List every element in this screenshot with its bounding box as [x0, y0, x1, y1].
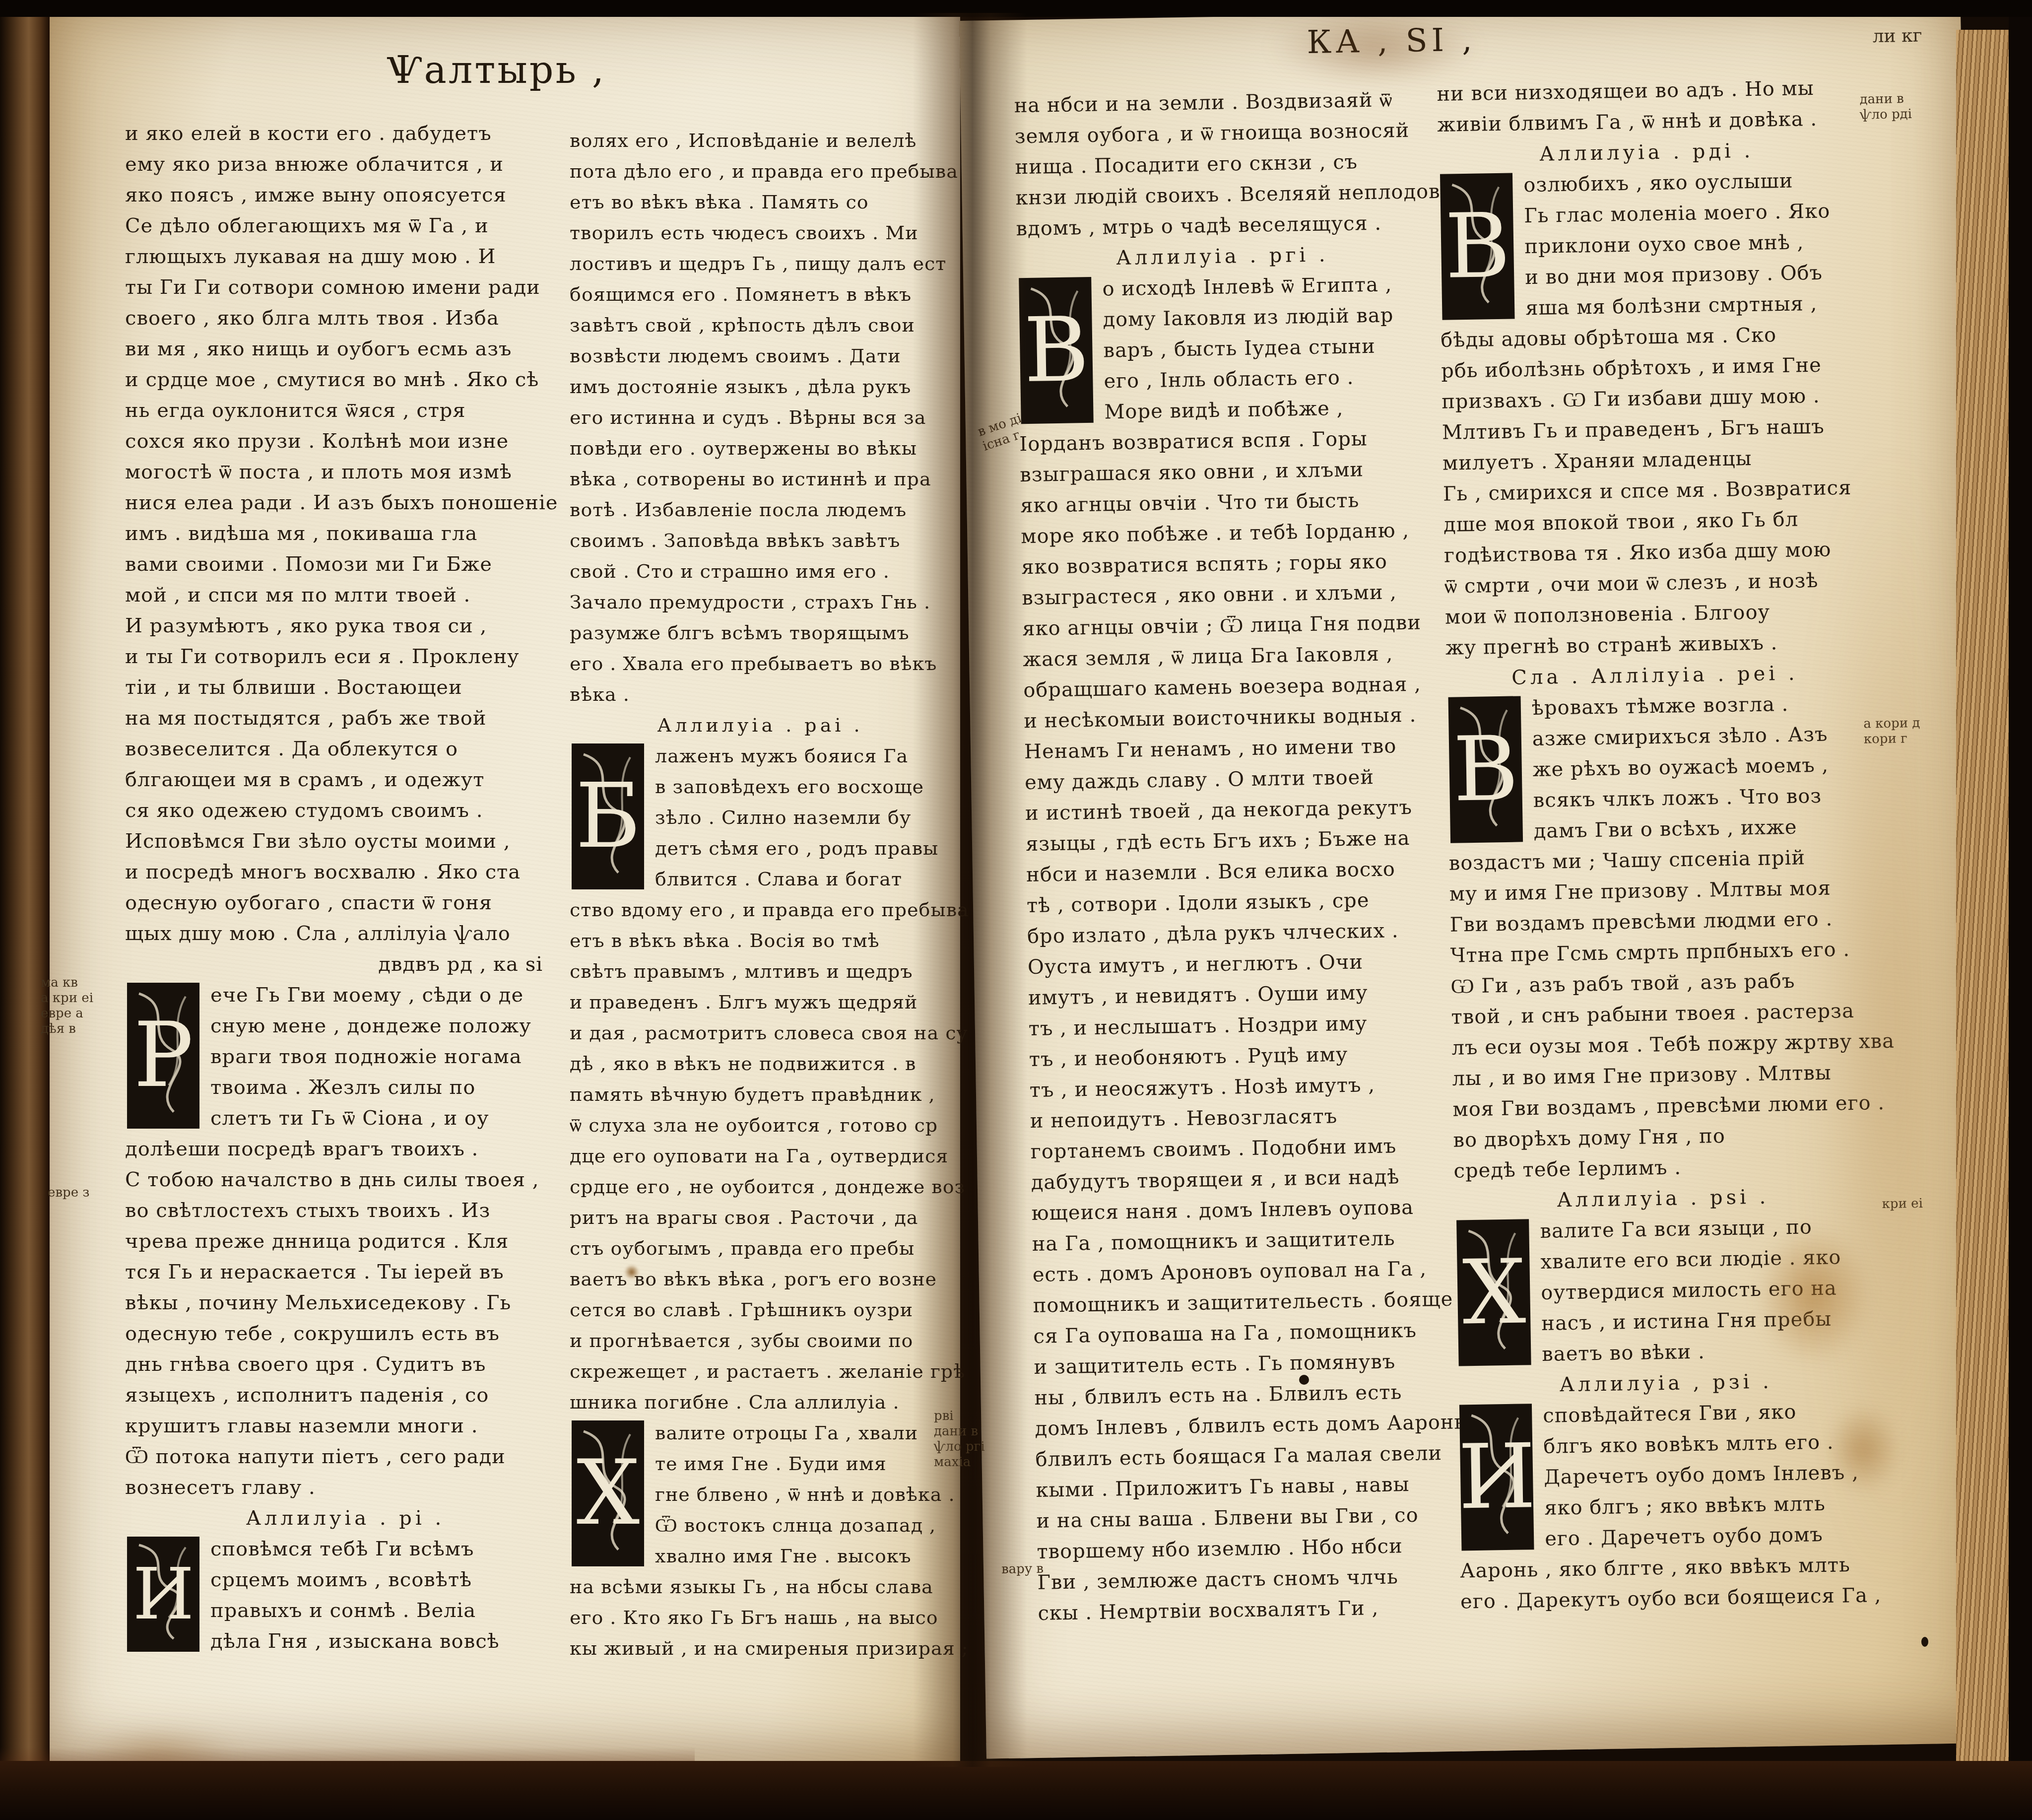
- svg-text:Б: Б: [576, 765, 642, 868]
- text-line: валите отроцы Га , хвали: [655, 1417, 955, 1448]
- text-line: и во дни моя призову . Объ: [1525, 257, 1858, 293]
- text-line: азже смирихъся зѣло . Азъ: [1532, 719, 1865, 755]
- svg-text:И: И: [1458, 1425, 1535, 1529]
- text-line: Гь глас моленіа моего . Яко: [1524, 196, 1857, 232]
- text-line: ѿ слуха зла не оубоится , готово ср: [570, 1110, 951, 1141]
- text-line: ваетъ во вѣкъ вѣка , рогъ его возне: [570, 1264, 951, 1294]
- text-line: свѣтъ правымъ , млтивъ и щедръ: [570, 956, 951, 987]
- initial-block: Возлюбихъ , яко оуслышиГь глас моленіа м…: [1438, 165, 1858, 325]
- text-line: яко поясъ , имже выну опоясуется: [125, 180, 566, 210]
- book-photo: Ѱалтырь , и яко елей в кости его . дабуд…: [0, 0, 2032, 1820]
- text-line: Зачало премудрости , страхъ Гнь .: [570, 587, 951, 617]
- ornate-initial: Б: [571, 742, 645, 890]
- text-line: сется во славѣ . Грѣшникъ оузри: [570, 1294, 951, 1325]
- text-line: валите Га вси языци , по: [1540, 1211, 1873, 1247]
- margin-note-line: рві: [934, 1409, 984, 1424]
- margin-note-corinthians: а кори дкори г: [1863, 716, 1920, 747]
- margin-note-hebrews: евре з: [48, 1185, 90, 1201]
- svg-text:В: В: [1452, 717, 1520, 821]
- psalm-heading: Аллилуіа . рі .: [125, 1503, 566, 1534]
- margin-note-line: дани в: [1859, 91, 1911, 108]
- text-line: нбси и наземли . Вся елика восхо: [1026, 853, 1439, 890]
- text-line: вѣкы , почину Мельхиседекову . Гь: [125, 1287, 566, 1318]
- text-line: ство вдому его , и правда его пребыва: [570, 894, 951, 925]
- text-line: земля оубога , и ѿ гноища возносяй: [1014, 115, 1427, 152]
- text-line: шника погибне . Сла аллилуіа .: [570, 1387, 951, 1417]
- initial-block: Вѣровахъ тѣмже возгла .азже смирихъся зѣ…: [1446, 688, 1866, 848]
- text-line: ваетъ во вѣки .: [1542, 1334, 1875, 1370]
- ornate-initial: Х: [571, 1419, 645, 1567]
- text-line: скы . Немртвіи восхвалятъ Ги ,: [1038, 1592, 1450, 1629]
- text-line: гне блвено , ѿ ннѣ и довѣка .: [655, 1479, 955, 1510]
- right-page: КА , ЅІ , ли кг на нбси и на земли . Воз…: [959, 5, 1988, 1758]
- text-line: ѿ смрти , очи мои ѿ слезъ , и нозѣ: [1444, 565, 1863, 602]
- text-line: и яко елей в кости его . дабудетъ: [125, 118, 566, 149]
- text-line: днь гнѣва своего цря . Судитъ въ: [125, 1349, 566, 1380]
- right-column-1: на нбси и на земли . Воздвизаяй ѿземля о…: [1014, 84, 1450, 1629]
- text-line: и срдце мое , смутися во мнѣ . Яко сѣ: [125, 364, 566, 395]
- text-line: во свѣтлостехъ стыхъ твоихъ . Из: [125, 1195, 566, 1226]
- text-line: своимъ . Заповѣда ввѣкъ завѣтъ: [570, 525, 951, 556]
- text-line: дце его оуповати на Га , оутвердися: [570, 1141, 951, 1171]
- text-line: чрева преже днница родится . Кля: [125, 1226, 566, 1257]
- text-line: на мя постыдятся , рабъ же твой: [125, 703, 566, 734]
- text-line: Исповѣмся Гви зѣло оусты моими ,: [125, 826, 566, 857]
- svg-text:Х: Х: [1462, 1240, 1527, 1345]
- text-line: кы живый , и на смиреныя призирая ;: [570, 1633, 951, 1664]
- text-line: живіи блвимъ Га , ѿ ннѣ и довѣка .: [1437, 103, 1855, 140]
- text-line: разумже блгъ всѣмъ творящымъ: [570, 617, 951, 648]
- text-line: ему яко риза внюже облачится , и: [125, 149, 566, 180]
- svg-text:В: В: [1444, 195, 1511, 299]
- text-line: Гви , землюже дастъ сномъ члчь: [1037, 1561, 1449, 1598]
- text-line: моя Гви воздамъ , превсѣми люми его .: [1452, 1087, 1871, 1125]
- psalm-heading: Аллилуіа . раі .: [570, 710, 951, 741]
- text-line: етъ во вѣкъ вѣка . Память со: [570, 187, 951, 217]
- text-line: могостѣ ѿ поста , и плоть моя измѣ: [125, 457, 566, 487]
- margin-note-line: махіа: [934, 1455, 984, 1470]
- ornate-initial: В: [1439, 172, 1516, 321]
- text-line: бро излато , дѣла рукъ члческих .: [1027, 915, 1440, 952]
- ornate-initial: И: [126, 1536, 200, 1653]
- text-line: и праведенъ . Блгъ мужъ щедряй: [570, 987, 951, 1017]
- text-line: глющыхъ лукавая на дшу мою . И: [125, 241, 566, 272]
- text-line: слетъ ти Гь ѿ Сіона , и оу: [210, 1103, 566, 1134]
- text-line: творилъ есть чюдесъ своихъ . Ми: [570, 217, 951, 248]
- text-line: срцемъ моимъ , всовѣтѣ: [210, 1564, 566, 1595]
- text-line: имъ достояніе языкъ , дѣла рукъ: [570, 371, 951, 402]
- text-line: дамъ Гви о всѣхъ , ихже: [1533, 810, 1866, 847]
- text-line: И разумѣютъ , яко рука твоя си ,: [125, 610, 566, 641]
- text-line: стъ оубогымъ , правда его пребы: [570, 1233, 951, 1264]
- kathisma-header: КА , ЅІ ,: [1307, 22, 1476, 61]
- photo-top-edge: [0, 0, 2032, 17]
- text-line: дѣла Гня , изыскана вовсѣ: [210, 1626, 566, 1657]
- initial-block: Блаженъ мужъ бояися Гав заповѣдехъ его в…: [570, 741, 951, 894]
- ornate-initial: В: [1018, 276, 1095, 425]
- text-line: яко блгъ ; яко ввѣкъ млть: [1544, 1487, 1877, 1524]
- text-line: всякъ члкъ ложъ . Что воз: [1533, 780, 1866, 816]
- text-line: вознесетъ главу .: [125, 1472, 566, 1503]
- left-column-1: и яко елей в кости его . дабудетъему яко…: [125, 118, 566, 1657]
- text-line: Чтна пре Гсмь смрть прпбныхъ его .: [1450, 934, 1868, 971]
- text-line: озлюбихъ , яко оуслыши: [1523, 165, 1856, 201]
- photo-edge: [2009, 0, 2032, 1820]
- text-line: вотѣ . Избавленіе посла людемъ: [570, 494, 951, 525]
- svg-text:В: В: [1023, 298, 1091, 403]
- text-line: его . Дарекутъ оубо вси боящеися Га ,: [1460, 1580, 1879, 1617]
- text-line: блгъ яко вовѣкъ млть его .: [1543, 1426, 1876, 1462]
- margin-note-romans: кри еі: [1882, 1196, 1923, 1212]
- book-spine-binding: [0, 0, 50, 1820]
- text-line: варъ , бысть Іудеа стыни: [1103, 330, 1430, 366]
- text-line: и дая , расмотритъ словеса своя на су: [570, 1017, 951, 1048]
- margin-note-line: ѱло ргі: [934, 1439, 984, 1455]
- text-line: языцехъ , исполнитъ паденія , со: [125, 1380, 566, 1411]
- text-line: хвалите его вси людіе . яко: [1540, 1241, 1873, 1278]
- text-line: возвѣсти людемъ своимъ . Дати: [570, 340, 951, 371]
- text-line: яша мя болѣзни смртныя ,: [1525, 288, 1858, 324]
- text-line: двдвъ рд , ка ѕі: [125, 949, 566, 980]
- running-head-psalter: Ѱалтырь ,: [213, 48, 779, 92]
- ornate-initial: В: [1447, 695, 1524, 844]
- text-line: и посредѣ многъ восхвалю . Яко ста: [125, 857, 566, 887]
- margin-note-gutter-left: рвідани вѱло ргімахіа: [934, 1409, 984, 1470]
- text-line: Гь , смирихся и спсе мя . Возвратися: [1443, 472, 1861, 510]
- text-line: лостивъ и щедръ Гь , пищу далъ ест: [570, 248, 951, 279]
- text-line: вѣка , сотворены во истиннѣ и пра: [570, 464, 951, 494]
- text-line: крушитъ главы наземли многи .: [125, 1411, 566, 1441]
- text-line: нися елеа ради . И азъ быхъ поношеніе: [125, 487, 566, 518]
- text-line: те имя Гне . Буди имя: [655, 1448, 955, 1479]
- text-line: завѣтъ свой , крѣпость дѣлъ свои: [570, 310, 951, 340]
- margin-note-line: ма кв: [41, 975, 93, 991]
- text-line: долѣеши посредѣ врагъ твоихъ .: [125, 1134, 566, 1164]
- text-line: вами своими . Помози ми Ги Бже: [125, 549, 566, 580]
- text-line: вдомъ , мтрь о чадѣ веселящуся .: [1016, 207, 1428, 244]
- text-line: срдце его , не оубоится , дондеже воз: [570, 1171, 951, 1202]
- text-line: волях его , Исповѣданіе и велелѣ: [570, 125, 951, 156]
- text-line: скрежещет , и растаетъ . желаніе грѣ: [570, 1356, 951, 1387]
- text-line: сповѣдайтеся Гви , яко: [1543, 1395, 1876, 1431]
- ornate-initial: И: [1458, 1403, 1535, 1551]
- photo-bottom-edge: [0, 1761, 2032, 1820]
- text-line: Море видѣ и побѣже ,: [1104, 392, 1431, 427]
- text-line: ѣровахъ тѣмже возгла .: [1531, 688, 1864, 724]
- text-line: его истинна и судъ . Вѣрны вся за: [570, 402, 951, 433]
- initial-block: Исповѣмся тебѣ Ги всѣмъсрцемъ моимъ , вс…: [125, 1534, 566, 1657]
- text-line: ече Гь Гви моему , сѣди о де: [210, 980, 566, 1011]
- text-line: блгающеи мя в срамъ , и одежут: [125, 764, 566, 795]
- text-line: тся Гь и нераскается . Ты іерей въ: [125, 1257, 566, 1287]
- text-line: дѣ , яко в вѣкъ не подвижится . в: [570, 1048, 951, 1079]
- svg-text:И: И: [133, 1553, 195, 1635]
- text-line: его . Хвала его пребываетъ во вѣкъ: [570, 648, 951, 679]
- text-line: и прогнѣвается , зубы своими по: [570, 1325, 951, 1356]
- text-line: боящимся его . Помянетъ в вѣкъ: [570, 279, 951, 310]
- text-line: дому Іаковля из людій вар: [1103, 299, 1430, 335]
- text-line: сповѣмся тебѣ Ги всѣмъ: [210, 1534, 566, 1564]
- text-line: его . Кто яко Гь Бгъ нашь , на высо: [570, 1602, 951, 1633]
- text-line: нь егда оуклонится ѿяся , стря: [125, 395, 566, 426]
- text-line: на всѣми языкы Гь , на нбсы слава: [570, 1571, 951, 1602]
- text-line: и ты Ги сотворилъ еси я . Проклену: [125, 641, 566, 672]
- text-line: Даречетъ оубо домъ Інлевъ ,: [1544, 1457, 1877, 1493]
- text-line: повѣди его . оутвержены во вѣкы: [570, 433, 951, 464]
- text-line: его , Інль область его .: [1104, 361, 1431, 397]
- text-line: пота дѣло его , и правда его пребыва: [570, 156, 951, 187]
- text-line: враги твоя подножіе ногама: [210, 1041, 566, 1072]
- text-line: Млтивъ Гь и праведенъ , Бгъ нашъ: [1442, 411, 1860, 448]
- margin-note-line: ѱло рді: [1860, 107, 1912, 123]
- text-line: правыхъ и сонмѣ . Веліа: [210, 1595, 566, 1626]
- margin-note-line: кори г: [1864, 731, 1920, 747]
- text-line: блвится . Слава и богат: [655, 864, 951, 894]
- text-line: имъ . видѣша мя , покиваша гла: [125, 518, 566, 549]
- text-line: зѣло . Силно наземли бу: [655, 802, 951, 833]
- initial-block: Хвалите отроцы Га , хвалите имя Гне . Бу…: [570, 1417, 951, 1571]
- text-line: сохся яко прузи . Колѣнѣ мои изне: [125, 426, 566, 457]
- initial-block: Рече Гь Гви моему , сѣди о десную мене ,…: [125, 980, 566, 1134]
- text-line: одесную оубогаго , спасти ѿ гоня: [125, 887, 566, 918]
- text-line: тіи , и ты блвиши . Востающеи: [125, 672, 566, 703]
- text-line: вѣка .: [570, 679, 951, 710]
- text-line: Ѿ потока напути піетъ , сего ради: [125, 1441, 566, 1472]
- text-line: Се дѣло облегающихъ мя ѿ Га , и: [125, 210, 566, 241]
- initial-block: Исповѣдайтеся Гви , якоблгъ яко вовѣкъ м…: [1457, 1395, 1878, 1555]
- ornate-initial: Х: [1455, 1218, 1532, 1367]
- text-line: оутвердися милость его на: [1541, 1272, 1874, 1308]
- text-line: Ѿ востокъ слнца дозапад ,: [655, 1510, 955, 1541]
- text-line: ся яко одежею студомъ своимъ .: [125, 795, 566, 826]
- text-line: в заповѣдехъ его восхоще: [655, 771, 951, 802]
- text-line: ви мя , яко нищь и оубогъ есмь азъ: [125, 334, 566, 364]
- text-line: ритъ на врагы своя . Расточи , да: [570, 1202, 951, 1233]
- margin-note-top-right: дани вѱло рді: [1859, 91, 1912, 123]
- fore-edge-pages: [1956, 30, 2015, 1797]
- text-line: сную мене , дондеже положу: [210, 1011, 566, 1041]
- text-line: етъ в вѣкъ вѣка . Восія во тмѣ: [570, 925, 951, 956]
- ornate-initial: Р: [126, 982, 200, 1130]
- margin-note-line: а кри еі: [41, 991, 93, 1006]
- margin-note-line: евре а: [41, 1006, 93, 1021]
- text-line: память вѣчную будетъ правѣдник ,: [570, 1079, 951, 1110]
- left-column-2: волях его , Исповѣданіе и велелѣпота дѣл…: [570, 125, 951, 1664]
- text-line: о исходѣ Інлевѣ ѿ Египта ,: [1102, 269, 1429, 304]
- text-line: щых дшу мою . Сла , аллілуіа ѱало: [125, 918, 566, 949]
- margin-note-references: ма ква кри еіевре адѣя в: [41, 975, 93, 1037]
- text-line: же рѣхъ во оужасѣ моемъ ,: [1532, 749, 1865, 786]
- text-line: мой , и спси мя по млти твоей .: [125, 580, 566, 610]
- text-line: своего , яко блга млть твоя . Изба: [125, 303, 566, 334]
- right-column-2: ни вси низходящеи во адъ . Но мыживіи бл…: [1437, 72, 1879, 1618]
- initial-block: Хвалите Га вси языци , похвалите его вси…: [1454, 1211, 1875, 1371]
- text-line: лаженъ мужъ бояися Га: [655, 741, 951, 771]
- text-line: ты Ги Ги сотвори сомною имени ради: [125, 272, 566, 303]
- folio-number: ли кг: [1872, 26, 1922, 47]
- text-line: насъ , и истина Гня пребы: [1541, 1303, 1874, 1339]
- text-line: Ненамъ Ги ненамъ , но имени тво: [1024, 730, 1437, 767]
- margin-note-line: дани в: [934, 1424, 984, 1439]
- text-line: свой . Сто и страшно имя его .: [570, 556, 951, 587]
- margin-note-bottom: вару в: [1001, 1561, 1044, 1577]
- text-line: твоима . Жезлъ силы по: [210, 1072, 566, 1103]
- text-line: приклони оухо свое мнѣ ,: [1524, 226, 1857, 263]
- initial-block: Во исходѣ Інлевѣ ѿ Египта ,дому Іаковля …: [1017, 269, 1431, 429]
- margin-note-line: а кори д: [1863, 716, 1920, 732]
- text-line: детъ сѣмя его , родъ правы: [655, 833, 951, 864]
- text-line: возвеселится . Да облекутся о: [125, 734, 566, 764]
- text-line: одесную тебе , сокрушилъ есть въ: [125, 1318, 566, 1349]
- svg-text:Х: Х: [577, 1442, 640, 1545]
- text-line: его . Даречетъ оубо домъ: [1545, 1518, 1878, 1554]
- margin-note-line: дѣя в: [41, 1021, 93, 1037]
- text-line: С тобою началство в днь силы твоея ,: [125, 1164, 566, 1195]
- svg-text:Р: Р: [133, 1004, 194, 1107]
- text-line: хвално имя Гне . высокъ: [655, 1541, 955, 1571]
